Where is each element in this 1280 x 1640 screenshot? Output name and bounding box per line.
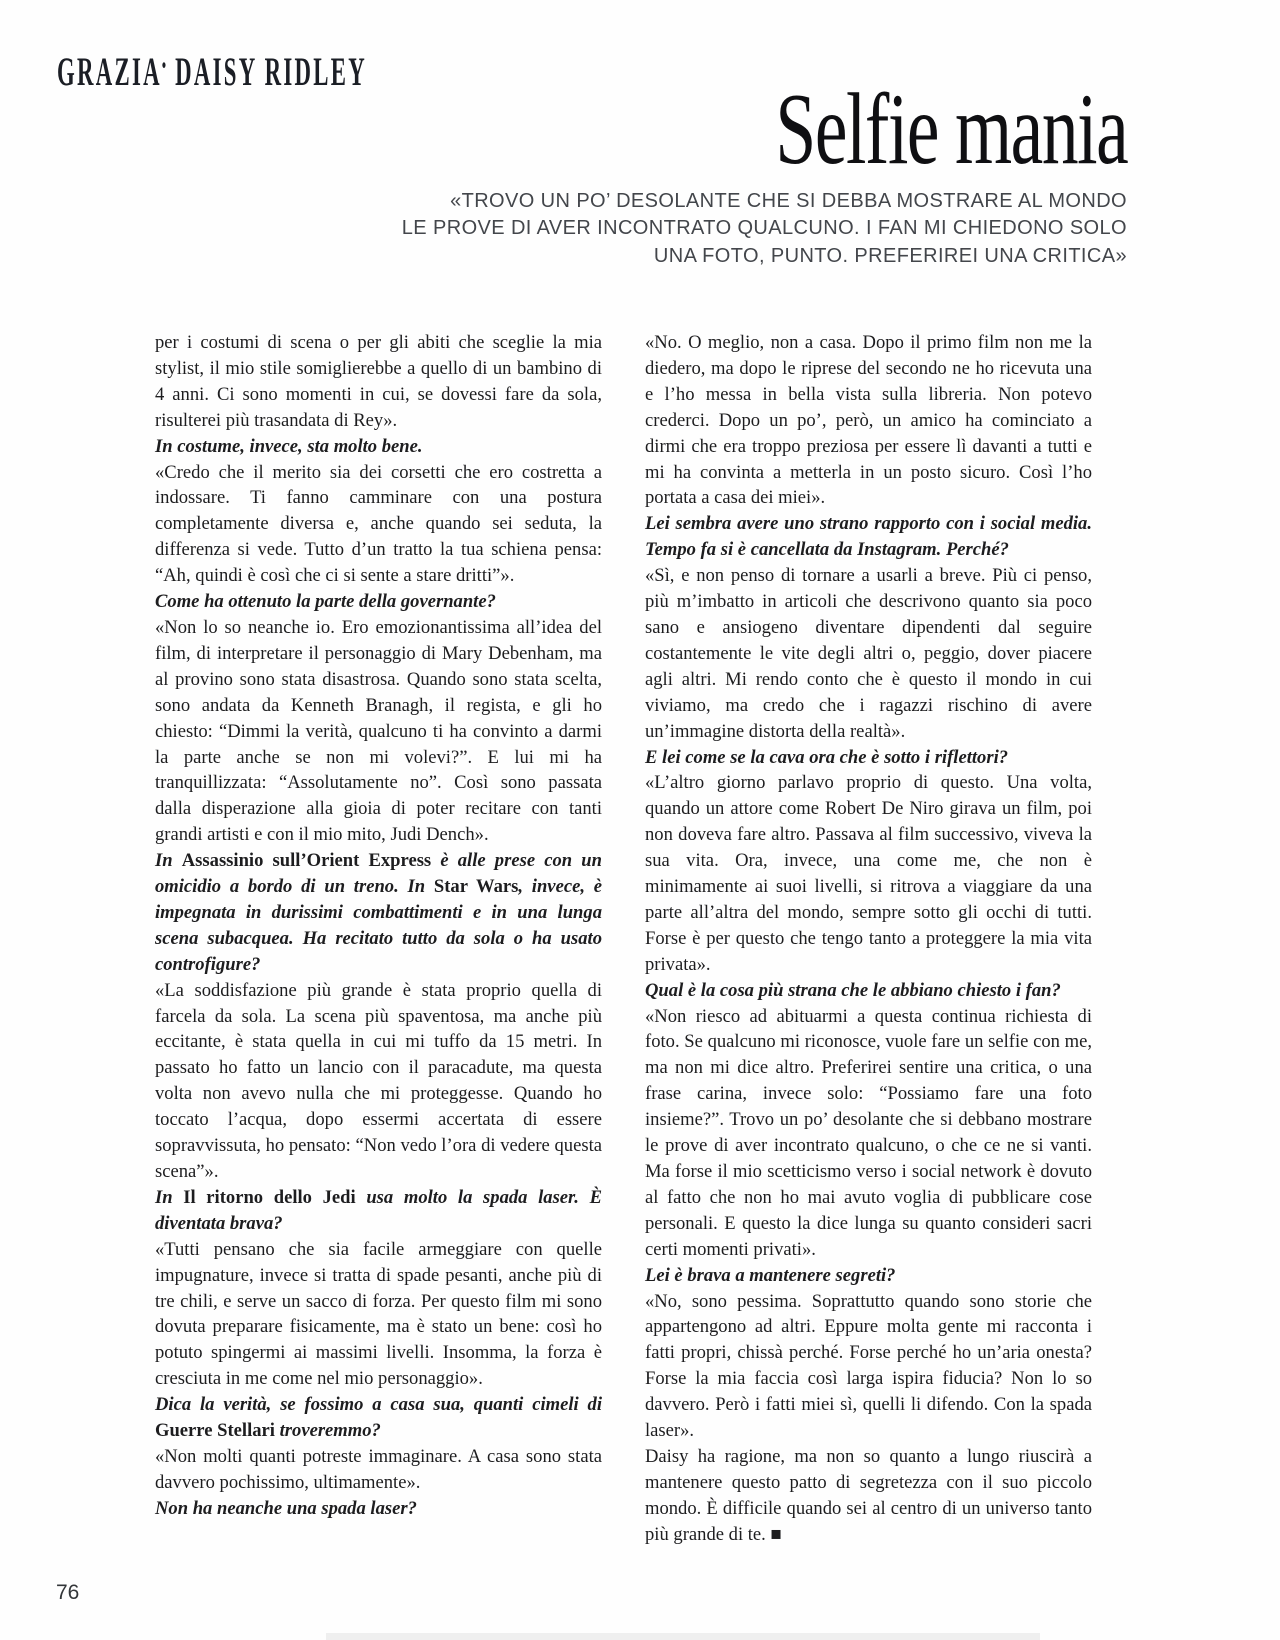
interview-answer: «Tutti pensano che sia facile armeggiare…: [155, 1237, 602, 1392]
interview-answer: per i costumi di scena o per gli abiti c…: [155, 330, 602, 434]
closing-note: Daisy ha ragione, ma non so quanto a lun…: [645, 1444, 1092, 1548]
page-number: 76: [56, 1581, 79, 1605]
interview-question: Come ha ottenuto la parte della governan…: [155, 589, 602, 615]
text-segment: troveremmo?: [275, 1420, 381, 1441]
text-segment: «La soddisfazione più grande è stata pro…: [155, 980, 602, 1182]
text-segment: In costume, invece, sta molto bene.: [155, 436, 423, 457]
standfirst-line: LE PROVE DI AVER INCONTRATO QUALCUNO. I …: [402, 215, 1127, 242]
standfirst-line: «TROVO UN PO’ DESOLANTE CHE SI DEBBA MOS…: [402, 188, 1127, 215]
text-segment: «Non molti quanti potreste immaginare. A…: [155, 1446, 602, 1493]
interview-answer: «Sì, e non penso di tornare a usarli a b…: [645, 563, 1092, 744]
interview-question: In Il ritorno dello Jedi usa molto la sp…: [155, 1185, 602, 1237]
text-segment: «Sì, e non penso di tornare a usarli a b…: [645, 565, 1092, 741]
interview-answer: «L’altro giorno parlavo proprio di quest…: [645, 770, 1092, 977]
interview-question: E lei come se la cava ora che è sotto i …: [645, 745, 1092, 771]
text-column-right: «No. O meglio, non a casa. Dopo il primo…: [645, 330, 1092, 1548]
interview-answer: «Non lo so neanche io. Ero emozionantiss…: [155, 615, 602, 848]
magazine-page: GRAZIA• DAISY RIDLEY Selfie mania «TROVO…: [0, 0, 1280, 1640]
text-segment: Daisy ha ragione, ma non so quanto a lun…: [645, 1446, 1092, 1545]
text-segment: «No. O meglio, non a casa. Dopo il primo…: [645, 332, 1092, 508]
masthead: GRAZIA• DAISY RIDLEY: [57, 48, 367, 95]
interview-question: Non ha neanche una spada laser?: [155, 1496, 602, 1522]
text-segment: «Non lo so neanche io. Ero emozionantiss…: [155, 617, 602, 845]
interview-answer: «No, sono pessima. Soprattutto quando so…: [645, 1289, 1092, 1444]
standfirst: «TROVO UN PO’ DESOLANTE CHE SI DEBBA MOS…: [402, 188, 1127, 270]
interview-question: Qual è la cosa più strana che le abbiano…: [645, 978, 1092, 1004]
interview-answer: «Non molti quanti potreste immaginare. A…: [155, 1444, 602, 1496]
text-segment: «L’altro giorno parlavo proprio di quest…: [645, 772, 1092, 974]
interview-question: Dica la verità, se fossimo a casa sua, q…: [155, 1392, 602, 1444]
text-segment: Non ha neanche una spada laser?: [155, 1498, 417, 1519]
text-segment: E lei come se la cava ora che è sotto i …: [645, 747, 1008, 768]
text-segment: Qual è la cosa più strana che le abbiano…: [645, 980, 1061, 1001]
interview-answer: «Credo che il merito sia dei corsetti ch…: [155, 460, 602, 590]
text-segment: «Credo che il merito sia dei corsetti ch…: [155, 462, 602, 587]
text-segment: Come ha ottenuto la parte della governan…: [155, 591, 496, 612]
interview-answer: «Non riesco ad abituarmi a questa contin…: [645, 1004, 1092, 1263]
text-segment: Dica la verità, se fossimo a casa sua, q…: [155, 1394, 602, 1415]
interview-question: In costume, invece, sta molto bene.: [155, 434, 602, 460]
text-segment: Star Wars: [434, 876, 519, 897]
text-segment: «No, sono pessima. Soprattutto quando so…: [645, 1291, 1092, 1442]
text-segment: «Tutti pensano che sia facile armeggiare…: [155, 1239, 602, 1390]
interview-question: Lei è brava a mantenere segreti?: [645, 1263, 1092, 1289]
article-subject: DAISY RIDLEY: [175, 49, 367, 94]
interview-answer: «La soddisfazione più grande è stata pro…: [155, 978, 602, 1185]
text-segment: Il ritorno dello Jedi: [183, 1187, 355, 1208]
text-segment: In: [155, 1187, 183, 1208]
text-segment: Lei è brava a mantenere segreti?: [645, 1265, 895, 1286]
magazine-name: GRAZIA: [57, 49, 162, 94]
text-segment: per i costumi di scena o per gli abiti c…: [155, 332, 602, 431]
text-segment: Guerre Stellari: [155, 1420, 275, 1441]
interview-answer: «No. O meglio, non a casa. Dopo il primo…: [645, 330, 1092, 511]
standfirst-line: UNA FOTO, PUNTO. PREFERIREI UNA CRITICA»: [402, 243, 1127, 270]
text-segment: Lei sembra avere uno strano rapporto con…: [645, 513, 1092, 560]
interview-question: In Assassinio sull’Orient Express è alle…: [155, 848, 602, 978]
text-segment: «Non riesco ad abituarmi a questa contin…: [645, 1006, 1092, 1260]
interview-question: Lei sembra avere uno strano rapporto con…: [645, 511, 1092, 563]
headline-block: Selfie mania «TROVO UN PO’ DESOLANTE CHE…: [402, 82, 1127, 270]
bottom-strip: [326, 1633, 1040, 1640]
masthead-dot-icon: •: [162, 54, 167, 77]
text-column-left: per i costumi di scena o per gli abiti c…: [155, 330, 602, 1522]
text-segment: In: [155, 850, 182, 871]
article-title: Selfie mania: [605, 82, 1127, 178]
text-segment: Assassinio sull’Orient Express: [182, 850, 431, 871]
